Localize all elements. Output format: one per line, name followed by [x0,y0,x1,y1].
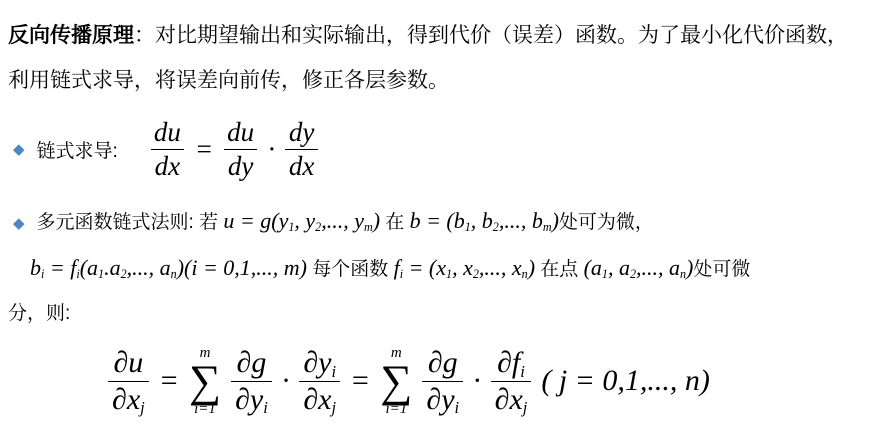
multivar-line-3: 分，则: [8,292,884,336]
diamond-bullet-icon: ◆ [13,215,25,232]
multivar-line-1: ◆多元函数链式法则: 若 u = g(y1, y2,..., ym) 在 b =… [8,199,884,246]
intro-colon: ： [134,24,155,47]
multivar-chain-rule-formula: ∂u∂xj=m∑i=1∂g∂yi·∂yi∂xj=m∑i=1∂g∂yi·∂fi∂x… [108,346,710,417]
multivar-label: 多元函数链式法则: 若 [37,212,224,233]
multivar-line-2: bi = fi(a1.a2,..., an)(i = 0,1,..., m) 每… [8,246,884,292]
math-b-vector: b = (b1, b2,..., bm) [410,208,559,233]
intro-line1-text: 对比期望输出和实际输出，得到代价（误差）函数。为了最小化代价函数， [155,24,848,47]
intro-line-2: 利用链式求导，将误差向前传，修正各层参数。 [8,58,884,103]
multivar-text-at: 在 [380,212,410,233]
math-u-equals-g: u = g(y1, y2,..., ym) [223,208,380,233]
chain-rule-label: 链式求导: [37,136,118,163]
multivar-text-at-point: 在点 [535,259,584,280]
chain-rule-formula: dudx=dudy·dydx [150,118,318,180]
chain-rule-bullet-row: ◆ 链式求导: dudx=dudy·dydx [8,109,884,189]
diamond-bullet-icon: ◆ [13,140,25,158]
math-fi-vector: fi = (x1, x2,..., xn) [394,255,535,280]
multivar-text-each-function: 每个函数 [307,259,394,280]
math-a-vector: (a1, a2,..., an) [584,255,694,280]
multivar-text-differentiable: 处可为微， [559,212,654,233]
multivariable-chain-rule-section: ◆多元函数链式法则: 若 u = g(y1, y2,..., ym) 在 b =… [8,199,884,336]
intro-paragraph: 反向传播原理：对比期望输出和实际输出，得到代价（误差）函数。为了最小化代价函数，… [8,0,884,103]
multivar-text-differentiable-2: 处可微 [693,259,750,280]
intro-title: 反向传播原理 [8,24,134,47]
math-bi-equals-fi: bi = fi(a1.a2,..., an)(i = 0,1,..., m) [30,255,307,280]
intro-line-1: 反向传播原理：对比期望输出和实际输出，得到代价（误差）函数。为了最小化代价函数， [8,13,884,58]
backpropagation-slide: 反向传播原理：对比期望输出和实际输出，得到代价（误差）函数。为了最小化代价函数，… [0,0,884,442]
